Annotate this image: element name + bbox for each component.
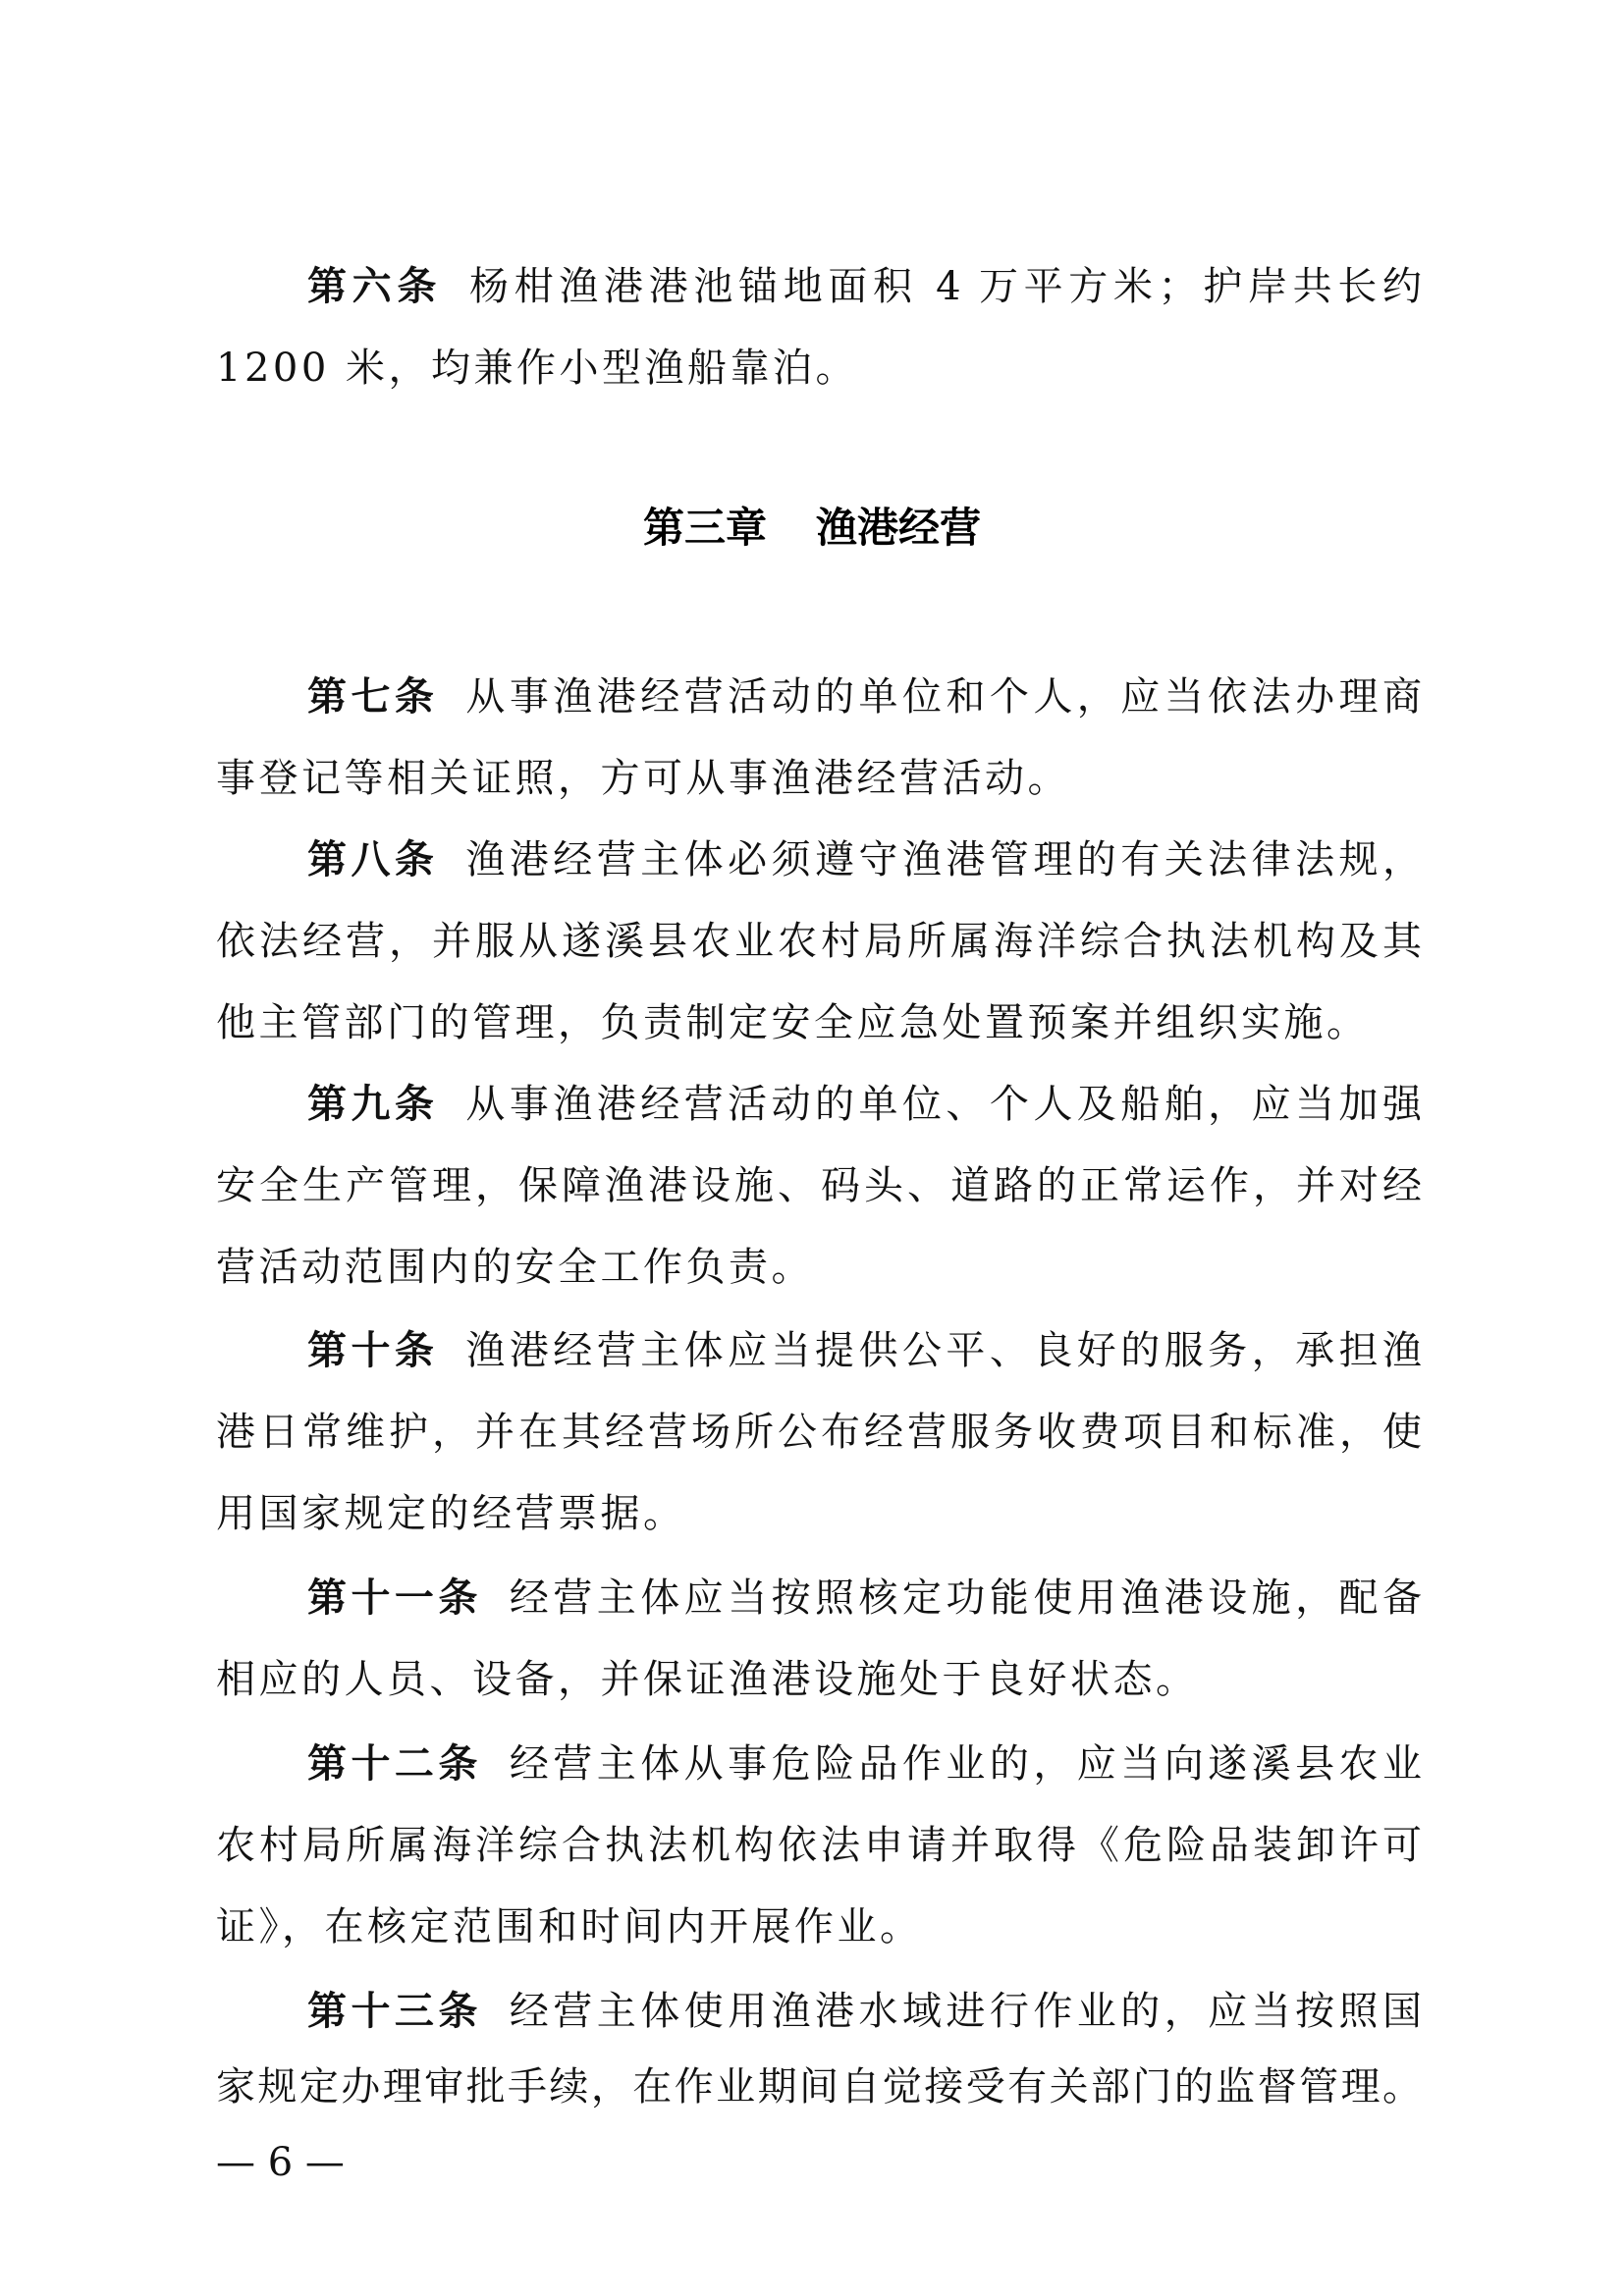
article-11-line-1: 第十一条经营主体应当按照核定功能使用渔港设施，配备 [307, 1569, 1422, 1628]
document-page: 第六条杨柑渔港港池锚地面积 4 万平方米；护岸共长约 1200 米，均兼作小型渔… [0, 0, 1624, 2296]
article-7-line-1: 第七条从事渔港经营活动的单位和个人，应当依法办理商 [307, 667, 1422, 726]
article-13-line-2: 家规定办理审批手续，在作业期间自觉接受有关部门的监督管理。 [216, 2057, 1422, 2116]
article-12-line-2: 农村局所属海洋综合执法机构依法申请并取得《危险品装卸许可 [216, 1816, 1422, 1875]
article-text: 经营主体从事危险品作业的，应当向遂溪县农业 [510, 1741, 1422, 1787]
article-text: 渔港经营主体应当提供公平、良好的服务，承担渔 [465, 1328, 1422, 1373]
article-label: 第六条 [307, 264, 442, 309]
article-text: 经营主体应当按照核定功能使用渔港设施，配备 [510, 1575, 1422, 1621]
article-label: 第十二条 [307, 1741, 482, 1787]
article-label: 第八条 [307, 837, 438, 882]
article-8-line-3: 他主管部门的管理，负责制定安全应急处置预案并组织实施。 [216, 993, 1370, 1052]
article-8-line-1: 第八条渔港经营主体必须遵守渔港管理的有关法律法规， [307, 830, 1422, 889]
article-text: 杨柑渔港港池锚地面积 4 万平方米；护岸共长约 [469, 264, 1422, 309]
article-label: 第七条 [307, 674, 438, 720]
article-10-line-3: 用国家规定的经营票据。 [216, 1484, 686, 1543]
article-13-line-1: 第十三条经营主体使用渔港水域进行作业的，应当按照国 [307, 1982, 1422, 2041]
article-12-line-3: 证》，在核定范围和时间内开展作业。 [216, 1897, 923, 1956]
article-9-line-1: 第九条从事渔港经营活动的单位、个人及船舶，应当加强 [307, 1075, 1422, 1134]
article-text: 从事渔港经营活动的单位和个人，应当依法办理商 [465, 674, 1422, 720]
article-text: 从事渔港经营活动的单位、个人及船舶，应当加强 [465, 1082, 1422, 1127]
article-label: 第十条 [307, 1328, 438, 1373]
article-11-line-2: 相应的人员、设备，并保证渔港设施处于良好状态。 [216, 1650, 1199, 1709]
article-6-line-1: 第六条杨柑渔港港池锚地面积 4 万平方米；护岸共长约 [307, 257, 1422, 316]
article-10-line-1: 第十条渔港经营主体应当提供公平、良好的服务，承担渔 [307, 1321, 1422, 1380]
article-label: 第九条 [307, 1082, 438, 1127]
article-10-line-2: 港日常维护，并在其经营场所公布经营服务收费项目和标准，使 [216, 1403, 1422, 1462]
article-12-line-1: 第十二条经营主体从事危险品作业的，应当向遂溪县农业 [307, 1735, 1422, 1793]
page-number: — 6 — [216, 2138, 345, 2187]
article-9-line-3: 营活动范围内的安全工作负责。 [216, 1238, 814, 1297]
article-8-line-2: 依法经营，并服从遂溪县农业农村局所属海洋综合执法机构及其 [216, 912, 1422, 971]
chapter-title: 渔港经营 [816, 504, 981, 552]
article-7-line-2: 事登记等相关证照，方可从事渔港经营活动。 [216, 749, 1070, 808]
article-label: 第十三条 [307, 1989, 482, 2034]
article-label: 第十一条 [307, 1575, 482, 1621]
chapter-number: 第三章 [643, 504, 767, 552]
article-text: 经营主体使用渔港水域进行作业的，应当按照国 [510, 1989, 1422, 2034]
article-text: 渔港经营主体必须遵守渔港管理的有关法律法规， [465, 837, 1422, 882]
article-9-line-2: 安全生产管理，保障渔港设施、码头、道路的正常运作，并对经 [216, 1156, 1422, 1215]
chapter-heading: 第三章渔港经营 [0, 499, 1624, 558]
article-6-line-2: 1200 米，均兼作小型渔船靠泊。 [216, 339, 858, 398]
